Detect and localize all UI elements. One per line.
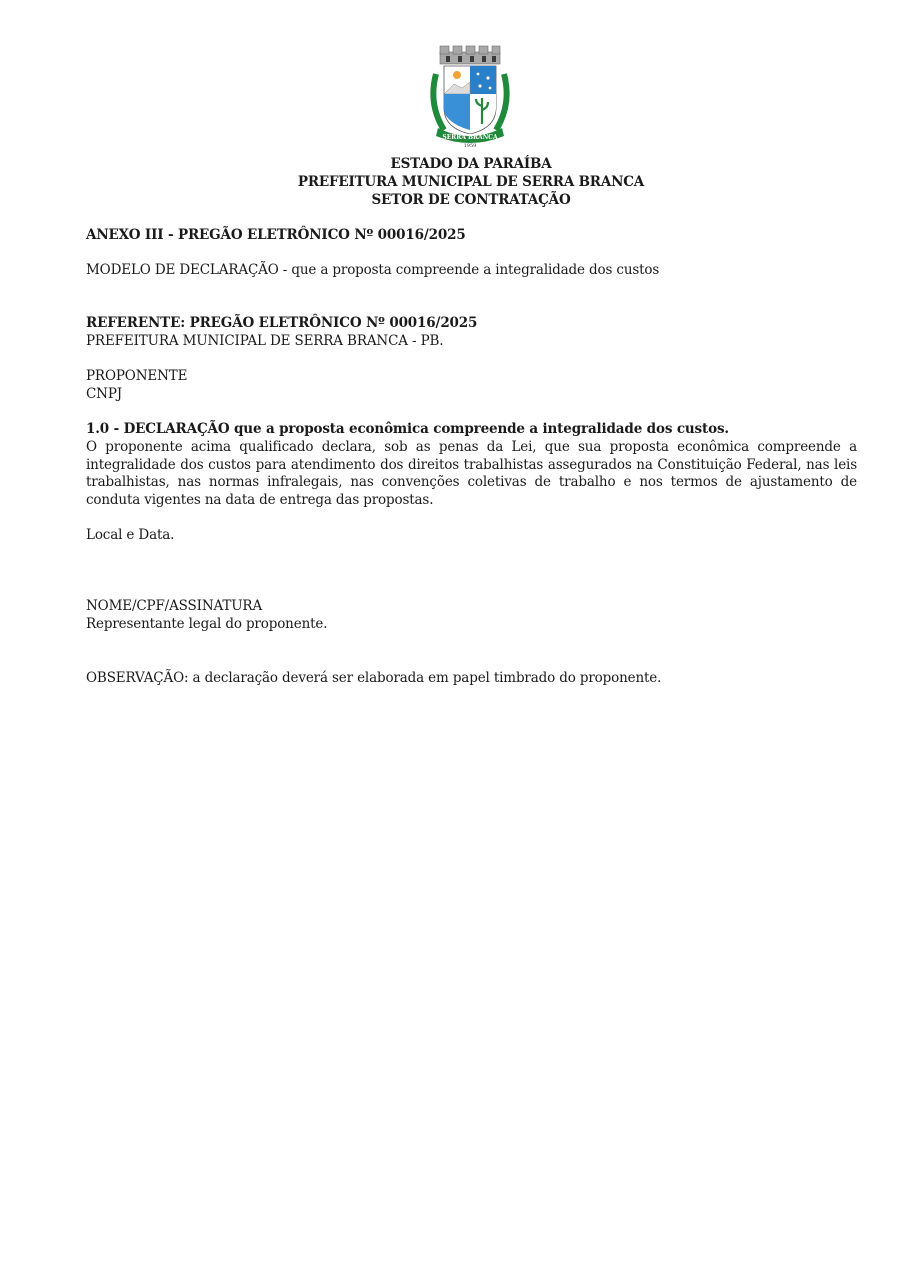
declaration-heading: 1.0 - DECLARAÇÃO que a proposta econômic… (86, 421, 729, 439)
signature-name-line: NOME/CPF/ASSINATURA (86, 598, 262, 616)
annex-title: ANEXO III - PREGÃO ELETRÔNICO Nº 00016/2… (86, 227, 466, 245)
document-header: ESTADO DA PARAÍBA PREFEITURA MUNICIPAL D… (0, 155, 900, 209)
observation-note: OBSERVAÇÃO: a declaração deverá ser elab… (86, 670, 661, 688)
declaration-body: O proponente acima qualificado declara, … (86, 439, 857, 509)
reference-label: REFERENTE: PREGÃO ELETRÔNICO Nº 00016/20… (86, 315, 477, 333)
model-title: MODELO DE DECLARAÇÃO - que a proposta co… (86, 262, 659, 280)
header-state: ESTADO DA PARAÍBA (0, 155, 900, 173)
signature-role: Representante legal do proponente. (86, 616, 327, 634)
svg-text:SERRA BRANCA: SERRA BRANCA (442, 134, 498, 141)
place-date: Local e Data. (86, 527, 174, 545)
svg-text:1959: 1959 (464, 143, 477, 148)
header-municipality: PREFEITURA MUNICIPAL DE SERRA BRANCA (0, 173, 900, 191)
cnpj-label: CNPJ (86, 386, 122, 404)
document-page: SERRA BRANCA 1959 ESTADO DA PARAÍBA PREF… (0, 0, 900, 1273)
reference-entity: PREFEITURA MUNICIPAL DE SERRA BRANCA - P… (86, 333, 443, 351)
coat-of-arms-icon: SERRA BRANCA 1959 (426, 44, 514, 148)
header-sector: SETOR DE CONTRATAÇÃO (0, 191, 900, 209)
proponent-label: PROPONENTE (86, 368, 187, 386)
